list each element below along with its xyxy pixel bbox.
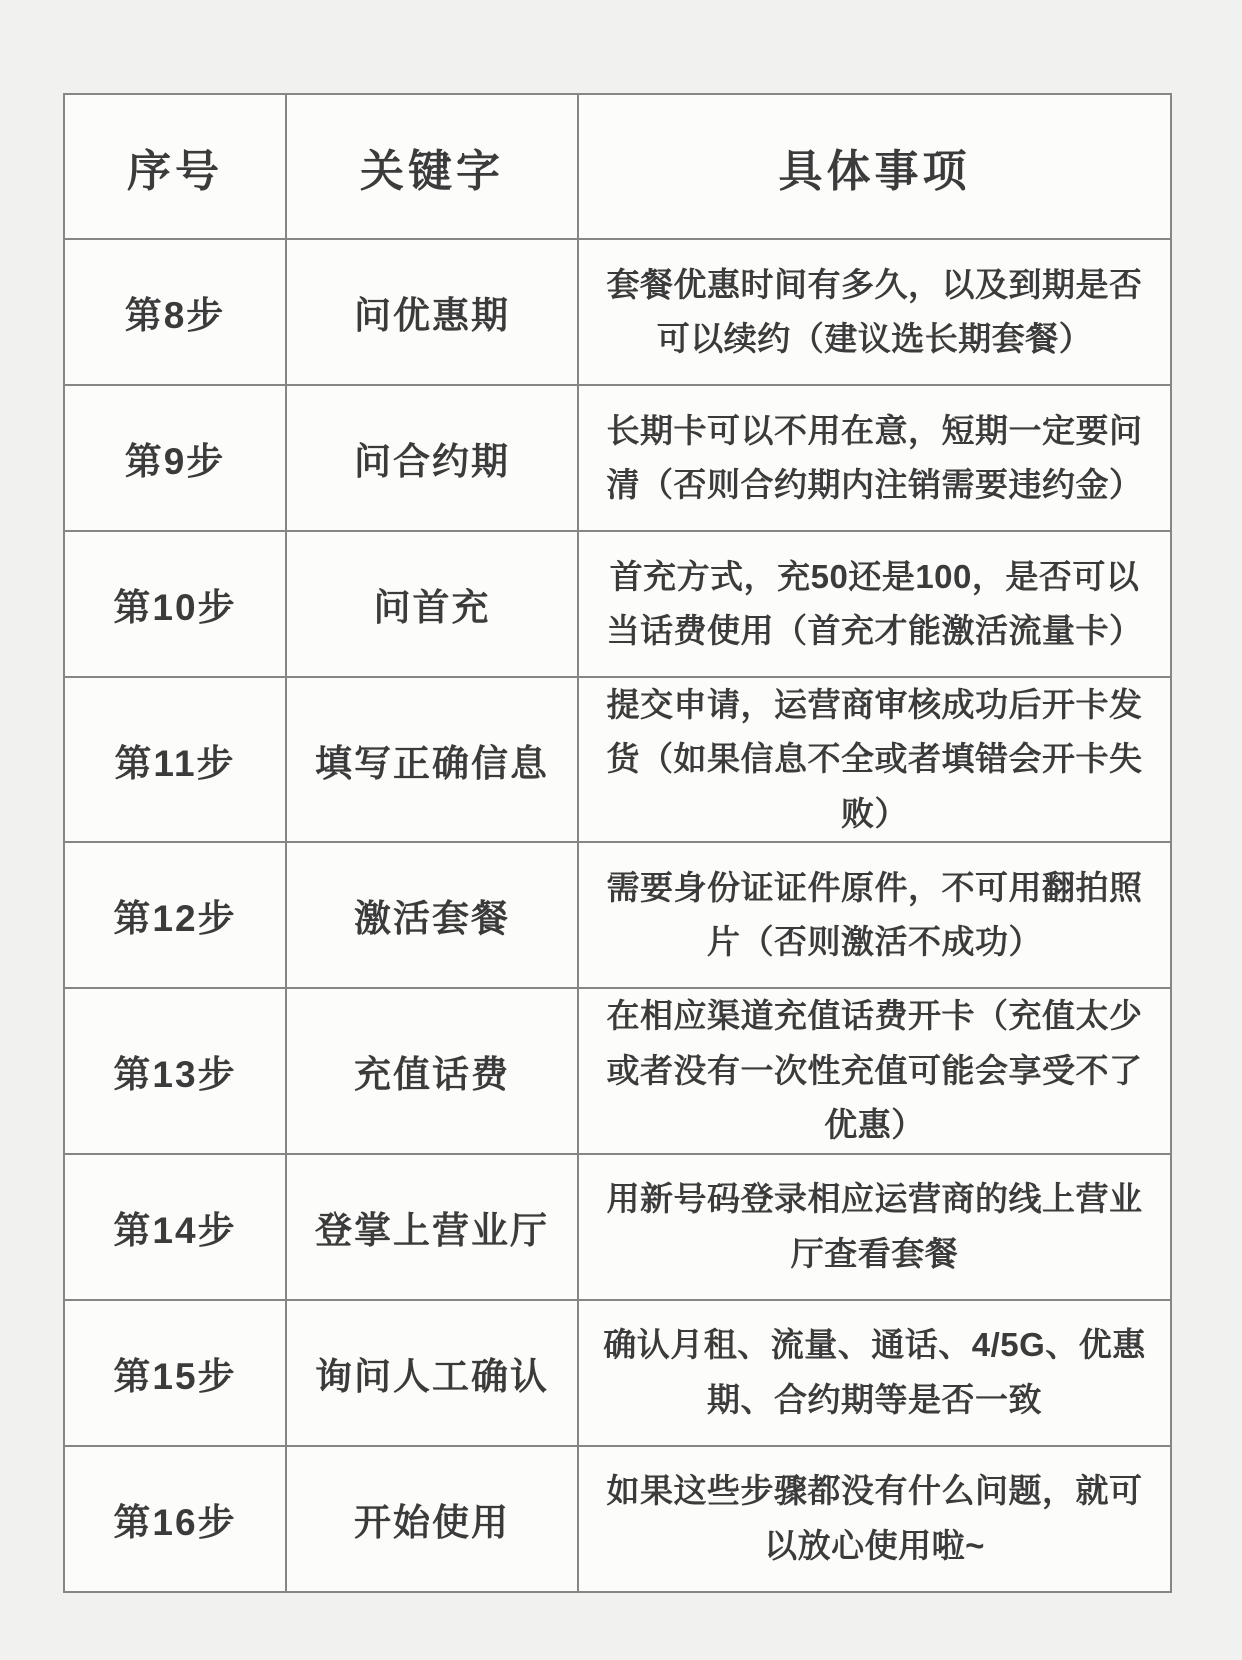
keyword-cell: 激活套餐 (286, 842, 578, 988)
sim-card-steps-table: 序号 关键字 具体事项 第8步问优惠期套餐优惠时间有多久，以及到期是否可以续约（… (63, 93, 1172, 1593)
detail-cell: 首充方式，充50还是100，是否可以当话费使用（首充才能激活流量卡） (578, 531, 1171, 677)
table-header-row: 序号 关键字 具体事项 (64, 94, 1171, 239)
table-row: 第13步充值话费在相应渠道充值话费开卡（充值太少或者没有一次性充值可能会享受不了… (64, 988, 1171, 1153)
table-row: 第10步问首充首充方式，充50还是100，是否可以当话费使用（首充才能激活流量卡… (64, 531, 1171, 677)
keyword-cell: 问首充 (286, 531, 578, 677)
keyword-cell: 询问人工确认 (286, 1300, 578, 1446)
step-cell: 第12步 (64, 842, 286, 988)
steps-table-container: 序号 关键字 具体事项 第8步问优惠期套餐优惠时间有多久，以及到期是否可以续约（… (63, 93, 1170, 1555)
step-cell: 第10步 (64, 531, 286, 677)
column-header-keyword: 关键字 (286, 94, 578, 239)
table-row: 第8步问优惠期套餐优惠时间有多久，以及到期是否可以续约（建议选长期套餐） (64, 239, 1171, 385)
keyword-cell: 充值话费 (286, 988, 578, 1153)
table-row: 第14步登掌上营业厅用新号码登录相应运营商的线上营业厅查看套餐 (64, 1154, 1171, 1300)
step-cell: 第14步 (64, 1154, 286, 1300)
detail-cell: 如果这些步骤都没有什么问题，就可以放心使用啦~ (578, 1446, 1171, 1592)
table-body: 第8步问优惠期套餐优惠时间有多久，以及到期是否可以续约（建议选长期套餐）第9步问… (64, 239, 1171, 1592)
detail-cell: 在相应渠道充值话费开卡（充值太少或者没有一次性充值可能会享受不了优惠） (578, 988, 1171, 1153)
column-header-step: 序号 (64, 94, 286, 239)
step-cell: 第15步 (64, 1300, 286, 1446)
detail-cell: 长期卡可以不用在意，短期一定要问清（否则合约期内注销需要违约金） (578, 385, 1171, 531)
step-cell: 第9步 (64, 385, 286, 531)
keyword-cell: 问优惠期 (286, 239, 578, 385)
detail-cell: 需要身份证证件原件，不可用翻拍照片（否则激活不成功） (578, 842, 1171, 988)
step-cell: 第13步 (64, 988, 286, 1153)
detail-cell: 用新号码登录相应运营商的线上营业厅查看套餐 (578, 1154, 1171, 1300)
column-header-detail: 具体事项 (578, 94, 1171, 239)
detail-cell: 确认月租、流量、通话、4/5G、优惠期、合约期等是否一致 (578, 1300, 1171, 1446)
table-row: 第16步开始使用如果这些步骤都没有什么问题，就可以放心使用啦~ (64, 1446, 1171, 1592)
detail-cell: 提交申请，运营商审核成功后开卡发货（如果信息不全或者填错会开卡失败） (578, 677, 1171, 842)
keyword-cell: 问合约期 (286, 385, 578, 531)
keyword-cell: 登掌上营业厅 (286, 1154, 578, 1300)
page-background: { "page": { "background_color": "#f1f1ef… (0, 0, 1242, 1660)
detail-cell: 套餐优惠时间有多久，以及到期是否可以续约（建议选长期套餐） (578, 239, 1171, 385)
table-row: 第9步问合约期长期卡可以不用在意，短期一定要问清（否则合约期内注销需要违约金） (64, 385, 1171, 531)
step-cell: 第11步 (64, 677, 286, 842)
table-row: 第11步填写正确信息提交申请，运营商审核成功后开卡发货（如果信息不全或者填错会开… (64, 677, 1171, 842)
step-cell: 第16步 (64, 1446, 286, 1592)
table-row: 第15步询问人工确认确认月租、流量、通话、4/5G、优惠期、合约期等是否一致 (64, 1300, 1171, 1446)
keyword-cell: 开始使用 (286, 1446, 578, 1592)
table-row: 第12步激活套餐需要身份证证件原件，不可用翻拍照片（否则激活不成功） (64, 842, 1171, 988)
step-cell: 第8步 (64, 239, 286, 385)
keyword-cell: 填写正确信息 (286, 677, 578, 842)
